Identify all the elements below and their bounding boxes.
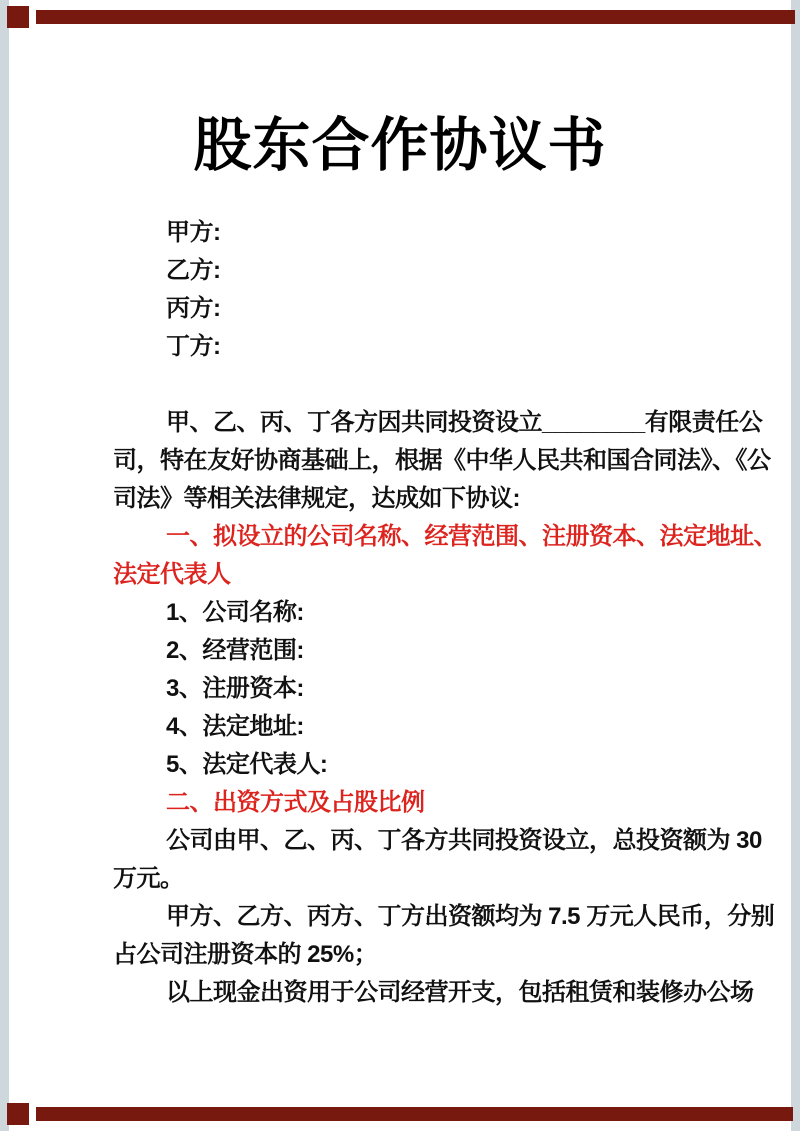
bottom-left-accent-square [7,1103,29,1125]
text-line: 2、经营范围: [113,632,695,670]
text-line: 甲方、乙方、丙方、丁方出资额均为 7.5 万元人民币，分别 [113,898,695,936]
text-line: 万元。 [113,860,695,898]
text-line: 甲方: [113,214,695,252]
text-line: 公司由甲、乙、丙、丁各方共同投资设立，总投资额为 30 [113,822,695,860]
text-line: 3、注册资本: [113,670,695,708]
bottom-accent-bar [36,1107,793,1121]
document-title: 股东合作协议书 [0,98,800,182]
top-accent-bar [36,10,795,24]
text-line: 法定代表人 [113,556,695,594]
document-page: 股东合作协议书 甲方:乙方:丙方:丁方:甲、乙、丙、丁各方因共同投资设立____… [0,0,800,1131]
text-line: 4、法定地址: [113,708,695,746]
text-line: 一、拟设立的公司名称、经营范围、注册资本、法定地址、 [113,518,695,556]
text-line: 二、出资方式及占股比例 [113,784,695,822]
text-line: 乙方: [113,252,695,290]
text-line: 5、法定代表人: [113,746,695,784]
text-line: 丁方: [113,328,695,366]
document-body: 甲方:乙方:丙方:丁方:甲、乙、丙、丁各方因共同投资设立________有限责任… [113,214,695,1012]
text-line: 丙方: [113,290,695,328]
text-line: 1、公司名称: [113,594,695,632]
text-line: 以上现金出资用于公司经营开支，包括租赁和装修办公场 [113,974,695,1012]
text-line: 司法》等相关法律规定，达成如下协议: [113,480,695,518]
text-line: 甲、乙、丙、丁各方因共同投资设立________有限责任公 [113,404,695,442]
top-left-accent-square [7,6,29,28]
text-line: 司，特在友好协商基础上，根据《中华人民共和国合同法》、《公 [113,442,695,480]
text-line [113,366,695,404]
text-line: 占公司注册资本的 25%； [113,936,695,974]
page: { "page": { "background": "#ffffff", "ed… [0,0,800,1131]
